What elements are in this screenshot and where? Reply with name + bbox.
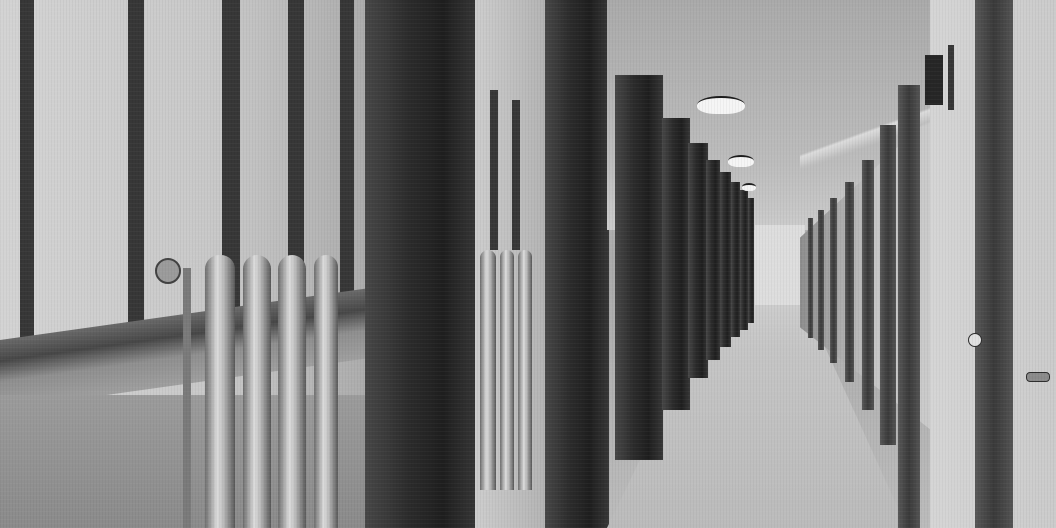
valve-knob — [155, 258, 181, 284]
door-knob — [968, 333, 982, 347]
pillar — [545, 0, 609, 528]
door-hinge — [948, 45, 954, 110]
radiator — [314, 255, 338, 528]
pillar — [365, 0, 477, 528]
corridor-far-end — [755, 225, 805, 305]
ceiling-lamp — [742, 183, 756, 191]
corridor-photograph: Grayscale archival photograph of a long … — [0, 0, 1056, 528]
ceiling-lamp — [697, 96, 745, 114]
pillar — [720, 172, 731, 347]
cell-door — [898, 85, 920, 528]
radiator — [518, 250, 532, 490]
pillar — [731, 182, 740, 337]
window-mullion — [128, 0, 144, 350]
window-mullion — [20, 0, 34, 390]
pillar — [706, 160, 720, 360]
cell-door — [808, 218, 813, 338]
window-mullion — [512, 100, 520, 250]
cell-door — [975, 0, 1013, 528]
cell-door — [862, 160, 874, 410]
pillar — [748, 198, 754, 323]
radiator — [243, 255, 271, 528]
door-hinge — [925, 55, 943, 105]
pillar — [662, 118, 690, 410]
radiator — [205, 255, 235, 528]
radiator — [480, 250, 496, 490]
cell-door — [845, 182, 854, 382]
cell-door — [818, 210, 824, 350]
ceiling-lamp — [728, 155, 754, 167]
window-mullion — [490, 90, 498, 250]
cell-door — [830, 198, 837, 363]
radiator — [278, 255, 306, 528]
pillar — [688, 143, 708, 378]
pipe — [183, 268, 191, 528]
radiator — [500, 250, 514, 490]
pillar — [740, 190, 748, 330]
window-mullion — [340, 0, 354, 320]
door-handle — [1026, 372, 1050, 382]
cell-door — [880, 125, 896, 445]
pillar — [615, 75, 663, 460]
